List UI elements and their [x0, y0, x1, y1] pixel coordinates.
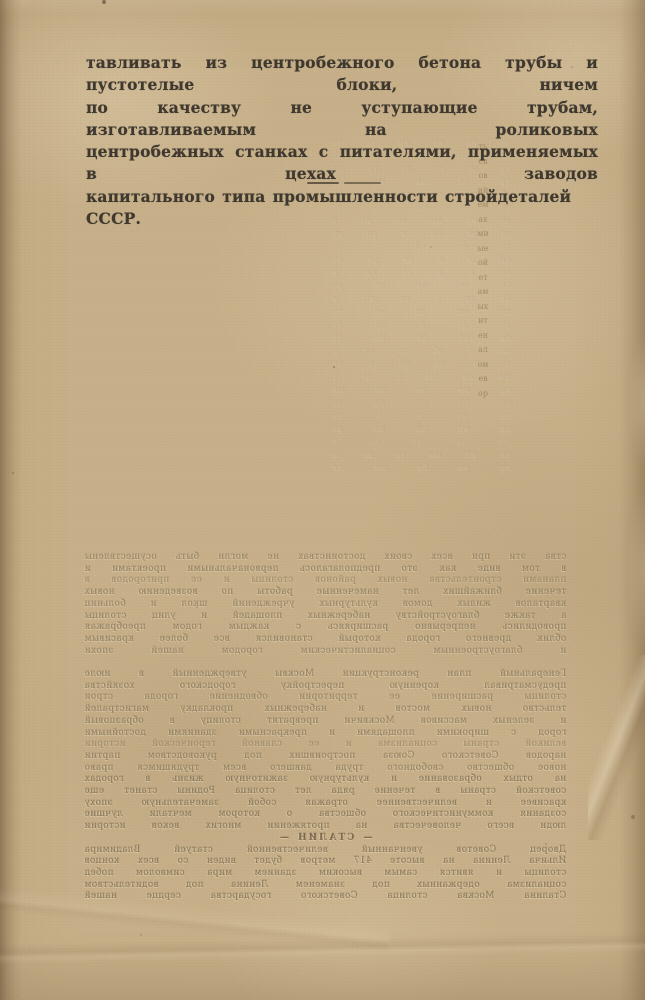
bleedthrough-line: од ил ис ь не [333, 409, 511, 422]
bleedthrough-mark: ых [472, 300, 494, 315]
bleedthrough-line [84, 657, 566, 669]
bleedthrough-line: — СТАЛИН — [84, 833, 566, 845]
bleedthrough-line: город с широкими площадями и прекрасными… [84, 728, 566, 740]
bleedthrough-line: и зеленых массивов Москвичи превратят ст… [84, 716, 566, 728]
bleedthrough-line: новое общество свободного труда давшего … [84, 763, 566, 775]
bleedthrough-line: на отдых образование и культурную зажито… [84, 774, 566, 786]
bleedthrough-line: в том виде как это предполагалось первон… [84, 564, 566, 576]
bleedthrough-line: Дворец Советов увенчанный величественной… [84, 845, 566, 857]
bleedthrough-mark: ев [472, 372, 494, 387]
bleedthrough-line: пр ер ыв но ра [333, 422, 511, 435]
bleedthrough-line: столицы и явится самым высоким зданием м… [84, 868, 566, 880]
bleedthrough-line: создания коммунистического общества о ко… [84, 809, 566, 821]
bleedthrough-line: облик древнего города который становился… [84, 634, 566, 646]
bleedthrough-mark: ой [472, 256, 494, 271]
bleedthrough-line: люди всего человечества на протяжении мн… [84, 821, 566, 833]
page-gutter-shadow [0, 0, 22, 1000]
paper-specks [0, 0, 2, 2]
bleedthrough-line: Генеральный план реконструкции Москвы ут… [84, 669, 566, 681]
bleedthrough-line: сш ир яя сь с [333, 435, 511, 448]
bleedthrough-mark: ам [472, 285, 494, 300]
bleedthrough-line: ка жд ым го до м [333, 448, 511, 461]
bleedthrough-mark: ал [472, 343, 494, 358]
main-paragraph: тавливать из центробежного бетона трубы … [86, 52, 598, 230]
paper-crease [588, 655, 645, 840]
bleedthrough-mark: ен [472, 329, 494, 344]
bleedthrough-line: социализма одержанных под знаменем Ленин… [84, 880, 566, 892]
bleedthrough-line: планами строительства новых районов стол… [84, 575, 566, 587]
bleedthrough-line: предусматривал коренную перестройку горо… [84, 681, 566, 693]
bleedthrough-line: красивее и величественнее отражая собой … [84, 798, 566, 810]
paragraph-line: тавливать из центробежного бетона трубы … [86, 52, 598, 97]
bleedthrough-line: советской страны в течение ряда лет стол… [84, 786, 566, 798]
paragraph-line: центробежных станках с питателями, приме… [86, 141, 598, 186]
paper-crease [0, 883, 390, 953]
paragraph-line: капитального типа промышленности стройде… [86, 186, 598, 231]
bleedthrough-line: Сталина Москва столица Советского госуда… [84, 891, 566, 903]
section-divider [307, 181, 381, 184]
bleedthrough-line: и благоустроенным социалистическим город… [84, 646, 566, 658]
bleedthrough-mark: ые [472, 242, 494, 257]
scanned-page: ов на ет ир ас томи ых ре ед каст ов ан … [0, 0, 645, 1000]
divider-dash-icon [307, 182, 339, 184]
bleedthrough-mark: ет [472, 271, 494, 286]
bleedthrough-line: Ильича Ленина на высоте 417 метров будет… [84, 856, 566, 868]
page-edge-shadow [619, 0, 645, 1000]
bleedthrough-mark: ор [472, 387, 494, 402]
bleedthrough-line: проводились непрерывно расширяясь с кажд… [84, 622, 566, 634]
paper-crease [0, 932, 645, 964]
bleedthrough-line: пр ео бр аж ая [333, 461, 511, 474]
bleedthrough-line: ства эти при всех своих достоинствах не … [84, 552, 566, 564]
bleedthrough-lower-block: ства эти при всех своих достоинствах не … [84, 552, 566, 903]
bleedthrough-line: тельство новых мостов и набережных прокл… [84, 704, 566, 716]
divider-dash-icon [344, 182, 381, 184]
bleedthrough-line: народов Советского Союза построивших под… [84, 751, 566, 763]
paragraph-line: по качеству не уступающие трубам, изгота… [86, 97, 598, 142]
bleedthrough-line: а также благоустройству набережных площа… [84, 611, 566, 623]
bleedthrough-mark: ит [472, 314, 494, 329]
bleedthrough-line: великой страны социализма и ее славной г… [84, 739, 566, 751]
bleedthrough-line: столицы расширение ее территории обводне… [84, 692, 566, 704]
bleedthrough-line: кварталов жилых домов культурных учрежде… [84, 599, 566, 611]
bleedthrough-mark: ом [472, 358, 494, 373]
bleedthrough-line: течение ближайших лет намеченные работы … [84, 587, 566, 599]
